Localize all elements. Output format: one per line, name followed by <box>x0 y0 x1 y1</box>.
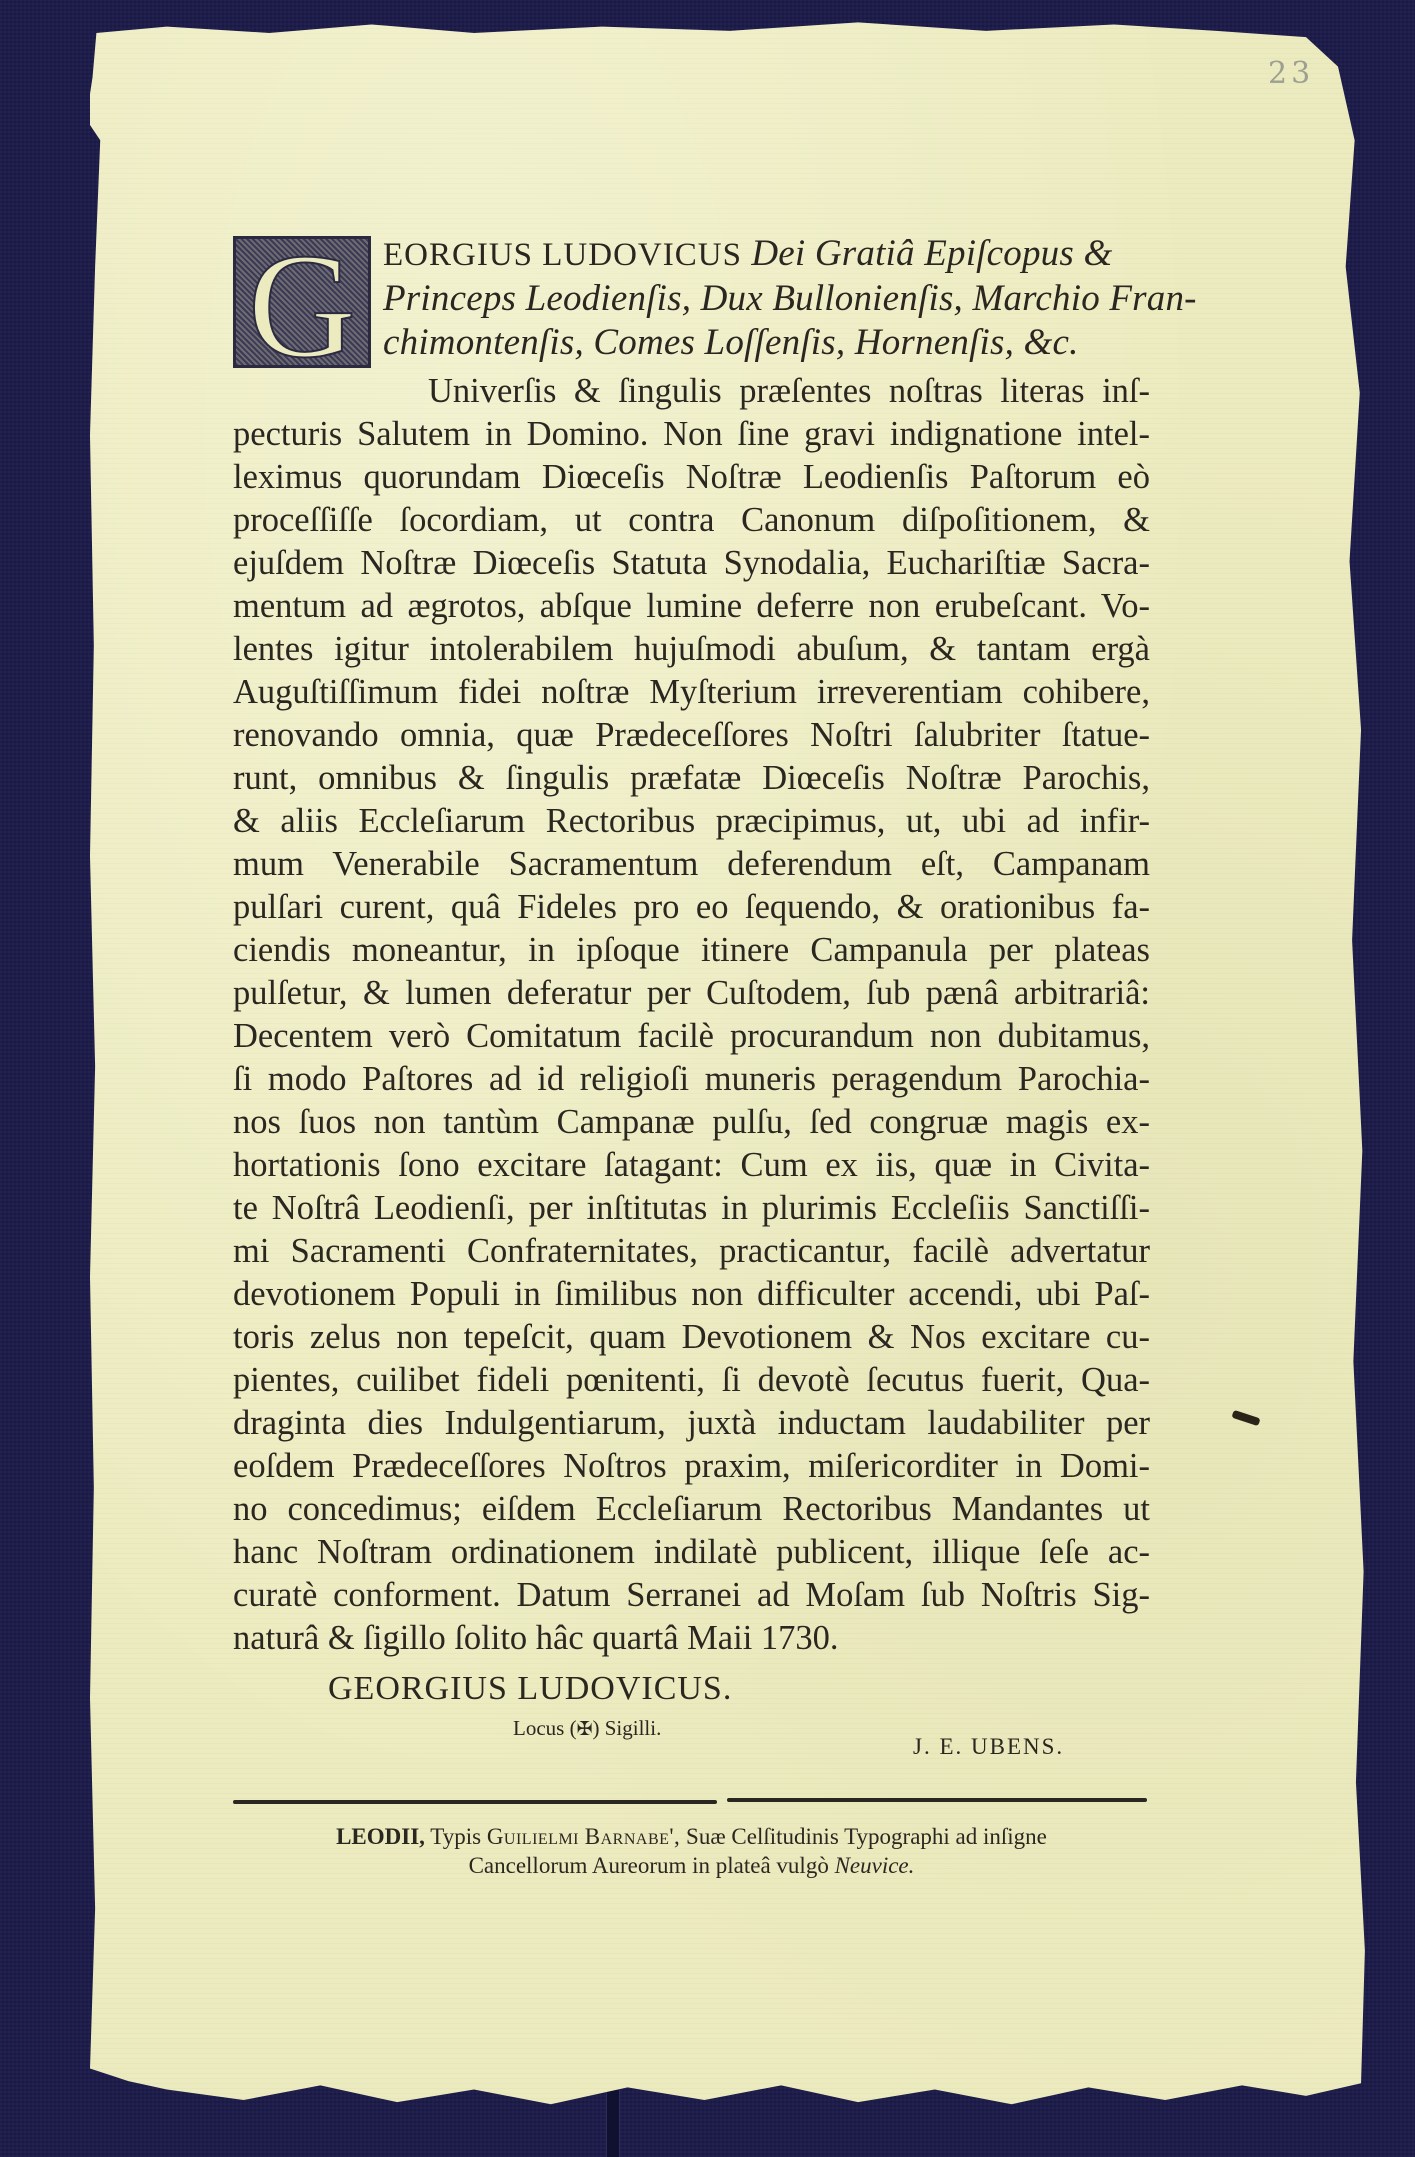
body-line: ejuſdem Noſtræ Diœceſis Statuta Synodali… <box>233 542 1150 585</box>
body-line: lentes igitur intolerabilem hujuſmodi ab… <box>233 628 1150 671</box>
body-line: runt, omnibus & ſingulis præfatæ Diœceſi… <box>233 757 1150 800</box>
body-line: Decentem verò Comitatum facilè procurand… <box>233 1015 1150 1058</box>
body-line: toris zelus non tepeſcit, quam Devotione… <box>233 1316 1150 1359</box>
imprint-street: Neuvice. <box>835 1853 915 1878</box>
body-line: leximus quorundam Diœceſis Noſtræ Leodie… <box>233 456 1150 499</box>
imprint-line-2: Cancellorum Aureorum in plateâ vulgò Neu… <box>233 1851 1150 1880</box>
initial-letter: G <box>248 236 356 368</box>
body-line-dateline: naturâ & ſigillo ſolito hâc quartâ Maii … <box>233 1617 1150 1660</box>
imprint-city: LEODII, <box>336 1824 425 1849</box>
heading: G EORGIUS LUDOVICUS Dei Gratiâ Epiſcopus… <box>233 232 1150 370</box>
handwritten-page-number: 23 <box>1268 56 1314 91</box>
body-line: curatè conforment. Datum Serranei ad Moſ… <box>233 1574 1150 1617</box>
body-line: te Noſtrâ Leodienſi, per inſtitutas in p… <box>233 1187 1150 1230</box>
board-seam <box>606 2090 620 2157</box>
ampersand: & <box>1083 233 1112 274</box>
imprint-line-1: LEODII, Typis Guilielmi Barnabe', Suæ Ce… <box>233 1822 1150 1851</box>
divider-rule-left <box>233 1800 717 1804</box>
body-line: no concedimus; eiſdem Eccleſiarum Rector… <box>233 1488 1150 1531</box>
seal-note: Locus (✠) Sigilli. <box>513 1716 661 1741</box>
heading-line-3: chimontenſis, Comes Loſſenſis, Hornenſis… <box>383 321 1150 365</box>
body-line: Univerſis & ſingulis præſentes noſtras l… <box>233 370 1150 413</box>
heading-lines: EORGIUS LUDOVICUS Dei Gratiâ Epiſcopus &… <box>383 232 1150 365</box>
heading-line-1: EORGIUS LUDOVICUS Dei Gratiâ Epiſcopus & <box>383 232 1150 277</box>
body-line: devotionem Populi in ſimilibus non diffi… <box>233 1273 1150 1316</box>
body-line: pulſari curent, quâ Fideles pro eo ſeque… <box>233 886 1150 929</box>
body-paragraph: Univerſis & ſingulis præſentes noſtras l… <box>233 370 1150 1660</box>
body-line: mum Venerabile Sacramentum deferendum eſ… <box>233 843 1150 886</box>
signature: GEORGIUS LUDOVICUS. <box>328 1666 1150 1712</box>
decorated-initial-icon: G <box>233 236 371 368</box>
body-line: ciendis moneantur, in ipſoque itinere Ca… <box>233 929 1150 972</box>
body-line: mi Sacramenti Confraternitates, practica… <box>233 1230 1150 1273</box>
ordinance-text: G EORGIUS LUDOVICUS Dei Gratiâ Epiſcopus… <box>233 232 1150 1880</box>
body-line: Auguſtiſſimum fidei noſtræ Myſterium irr… <box>233 671 1150 714</box>
body-line: pulſetur, & lumen deferatur per Cuſtodem… <box>233 972 1150 1015</box>
printer-imprint: LEODII, Typis Guilielmi Barnabe', Suæ Ce… <box>233 1822 1150 1880</box>
seal-prefix: Locus ( <box>513 1716 577 1740</box>
body-line: hortationis ſono excitare ſatagant: Cum … <box>233 1144 1150 1187</box>
imprint-line-2-main: Cancellorum Aureorum in plateâ vulgò <box>469 1853 829 1878</box>
seal-row: Locus (✠) Sigilli. J. E. UBENS. <box>233 1712 1150 1772</box>
body-line: ſi modo Paſtores ad id religioſi muneris… <box>233 1058 1150 1101</box>
body-line: pientes, cuilibet fideli pœnitenti, ſi d… <box>233 1359 1150 1402</box>
body-line: & aliis Eccleſiarum Rectoribus præcipimu… <box>233 800 1150 843</box>
body-line: draginta dies Indulgentiarum, juxtà indu… <box>233 1402 1150 1445</box>
imprint-typis: Typis <box>430 1824 481 1849</box>
printer-last-name: Barnabe', <box>585 1824 681 1849</box>
divider <box>233 1786 1150 1822</box>
body-line: nos ſuos non tantùm Campanæ pulſu, ſed c… <box>233 1101 1150 1144</box>
cross-icon: ✠ <box>577 1718 593 1740</box>
issuer-name: EORGIUS LUDOVICUS <box>383 237 742 273</box>
heading-line-2: Princeps Leodienſis, Dux Bullonienſis, M… <box>383 277 1150 321</box>
seal-suffix: ) Sigilli. <box>593 1716 662 1740</box>
printer-first-name: Guilielmi <box>487 1824 579 1849</box>
imprint-line-1-rest: Suæ Celſitudinis Typographi ad inſigne <box>686 1824 1047 1849</box>
body-line: proceſſiſſe ſocordiam, ut contra Canonum… <box>233 499 1150 542</box>
body-line: pecturis Salutem in Domino. Non ſine gra… <box>233 413 1150 456</box>
body-line: renovando omnia, quæ Prædeceſſores Noſtr… <box>233 714 1150 757</box>
body-line: hanc Noſtram ordinationem indilatè publi… <box>233 1531 1150 1574</box>
body-line: eoſdem Prædeceſſores Noſtros praxim, miſ… <box>233 1445 1150 1488</box>
countersignature: J. E. UBENS. <box>913 1734 1064 1760</box>
divider-rule-right <box>727 1798 1147 1802</box>
issuer-title: Dei Gratiâ Epiſcopus <box>751 233 1074 274</box>
body-line: mentum ad ægrotos, abſque lumine deferre… <box>233 585 1150 628</box>
